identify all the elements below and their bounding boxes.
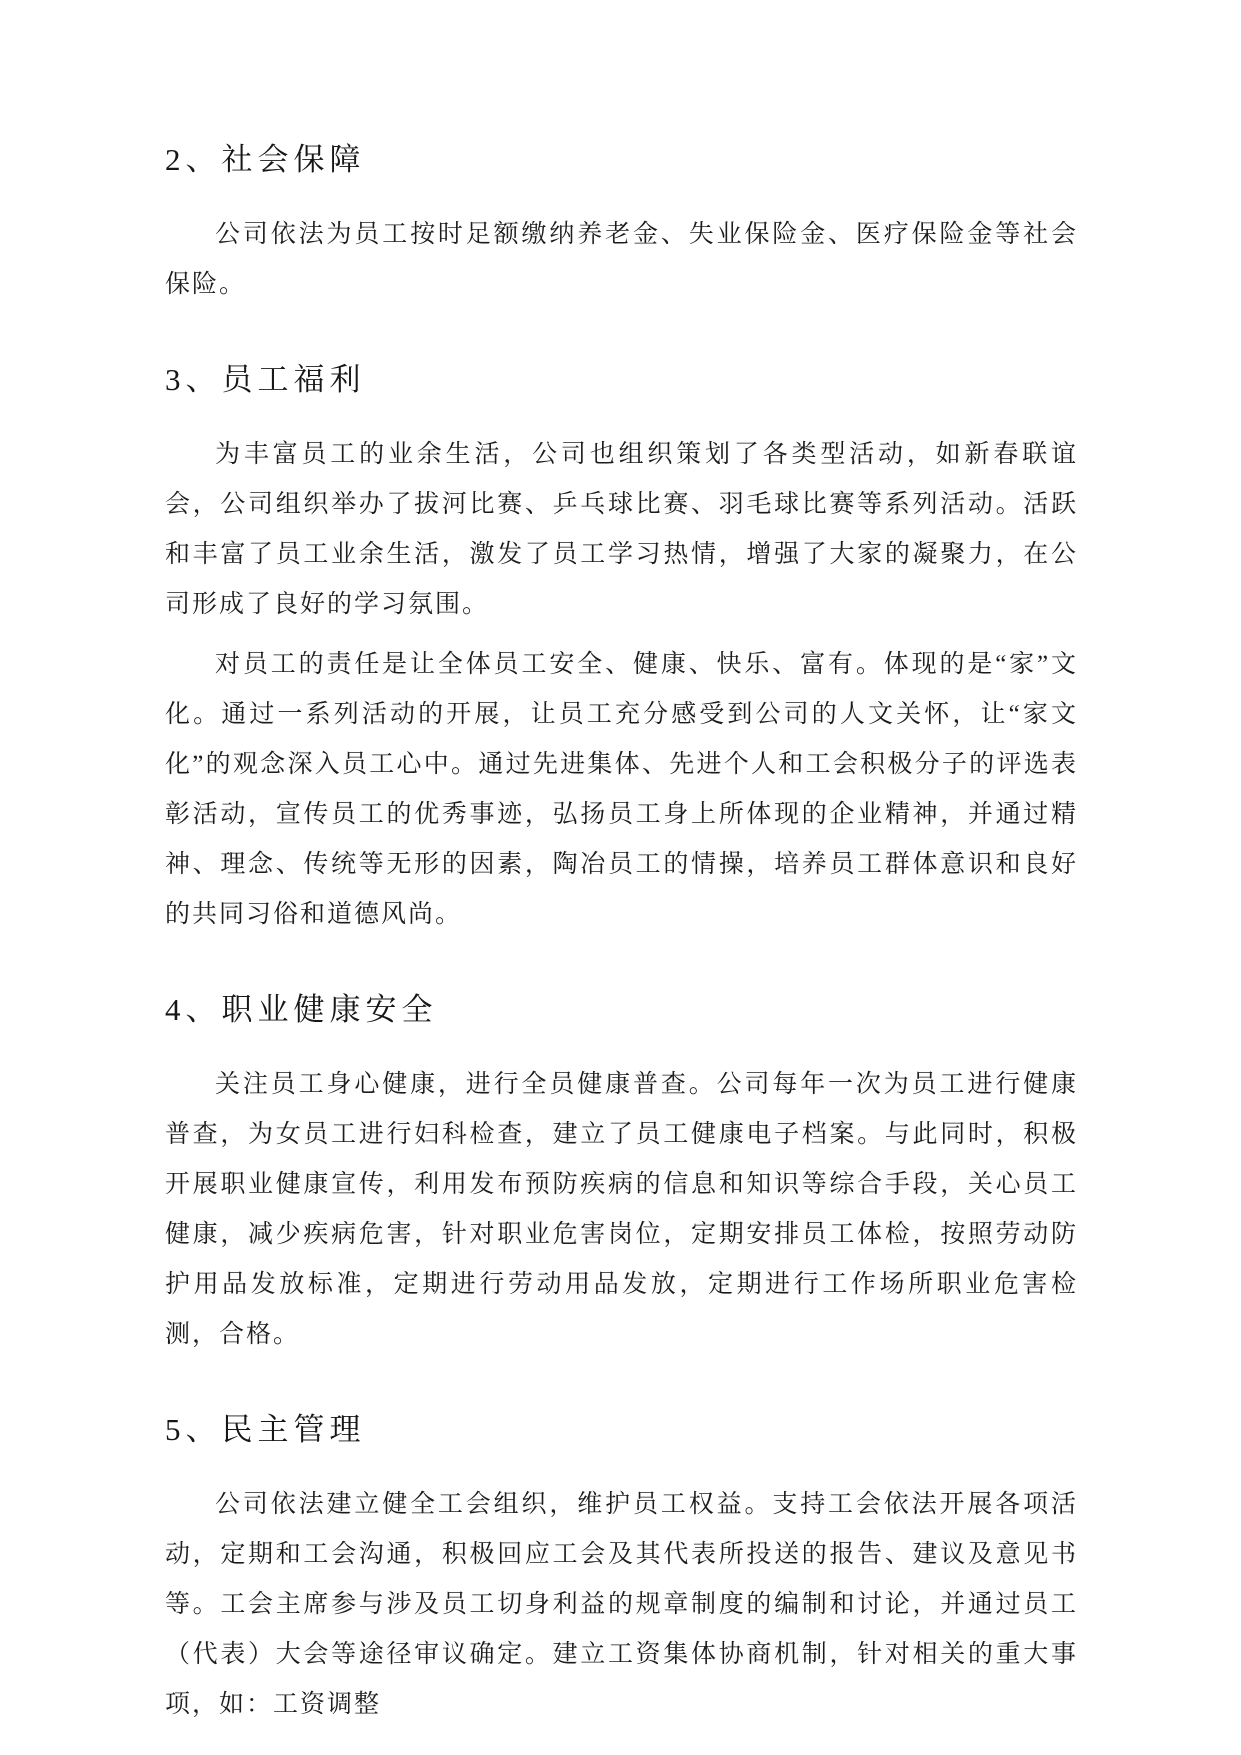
section-heading-social-security: 2、社会保障	[165, 140, 1078, 180]
section-employee-welfare: 3、员工福利 为丰富员工的业余生活，公司也组织策划了各类型活动，如新春联谊会，公…	[165, 360, 1078, 940]
section-heading-occupational-health-safety: 4、职业健康安全	[165, 990, 1078, 1030]
paragraph: 公司依法建立健全工会组织，维护员工权益。支持工会依法开展各项活动，定期和工会沟通…	[165, 1480, 1078, 1730]
section-social-security: 2、社会保障 公司依法为员工按时足额缴纳养老金、失业保险金、医疗保险金等社会保险…	[165, 140, 1078, 310]
section-occupational-health-safety: 4、职业健康安全 关注员工身心健康，进行全员健康普查。公司每年一次为员工进行健康…	[165, 990, 1078, 1360]
paragraph: 公司依法为员工按时足额缴纳养老金、失业保险金、医疗保险金等社会保险。	[165, 210, 1078, 310]
paragraph: 对员工的责任是让全体员工安全、健康、快乐、富有。体现的是“家”文化。通过一系列活…	[165, 640, 1078, 940]
section-democratic-management: 5、民主管理 公司依法建立健全工会组织，维护员工权益。支持工会依法开展各项活动，…	[165, 1410, 1078, 1730]
paragraph: 关注员工身心健康，进行全员健康普查。公司每年一次为员工进行健康普查，为女员工进行…	[165, 1060, 1078, 1360]
section-heading-democratic-management: 5、民主管理	[165, 1410, 1078, 1450]
paragraph: 为丰富员工的业余生活，公司也组织策划了各类型活动，如新春联谊会，公司组织举办了拔…	[165, 430, 1078, 630]
document-page: 2、社会保障 公司依法为员工按时足额缴纳养老金、失业保险金、医疗保险金等社会保险…	[0, 0, 1241, 1755]
section-heading-employee-welfare: 3、员工福利	[165, 360, 1078, 400]
